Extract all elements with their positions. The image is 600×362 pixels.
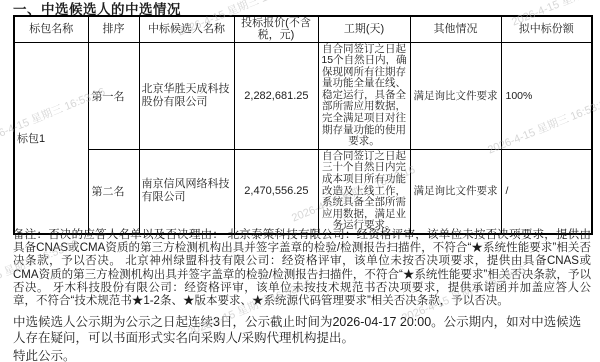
header-other-info: 其他情况 [410,16,501,42]
package-name-cell: 标包1 [14,42,88,234]
table-row: 第二名 南京信风网络科技有限公司 2,470,556.25 自合同签订之日起三十… [14,149,592,234]
company-name-cell: 南京信风网络科技有限公司 [139,149,234,234]
other-info-cell: 满足询比文件要求 [410,149,501,234]
bid-price-cell: 2,282,681.25 [234,42,318,149]
header-package-name: 标包名称 [14,16,88,42]
candidates-table: 标包名称 排序 中标候选人名称 投标报价(不含税，元) 工期(天) 其他情况 拟… [13,15,593,235]
header-award-share: 拟中标份额 [501,16,592,42]
other-info-cell: 满足询比文件要求 [410,42,501,149]
publicity-period-text: 中选候选人公示期为公示之日起连续3日，公示截止时间为2026-04-17 20:… [13,315,591,346]
announcement-document: 一、中选候选人的中选情况 标包名称 排序 中标候选人名称 投标报价(不含税，元)… [0,0,600,362]
header-bid-price: 投标报价(不含税，元) [234,16,318,42]
award-share-cell: 100% [501,42,592,149]
closing-statement: 特此公示。 [13,346,76,362]
table-header-row: 标包名称 排序 中标候选人名称 投标报价(不含税，元) 工期(天) 其他情况 拟… [14,16,592,42]
rejection-notes: 备注：否决的应答人名单以及否决理由： 北京泰策科技有限公司：经资格评审，该单位未… [13,229,591,308]
duration-cell: 自合同签订之日起三十个自然日内完成本项目所有功能改造及上线工作，系统具备全部所需… [318,149,410,234]
table-row: 标包1 第一名 北京华胜天成科技股份有限公司 2,282,681.25 自合同签… [14,42,592,149]
rank-cell: 第一名 [88,42,139,149]
header-candidate-name: 中标候选人名称 [139,16,234,42]
company-name-cell: 北京华胜天成科技股份有限公司 [139,42,234,149]
header-duration: 工期(天) [318,16,410,42]
rank-cell: 第二名 [88,149,139,234]
award-share-cell: / [501,149,592,234]
header-rank: 排序 [88,16,139,42]
bid-price-cell: 2,470,556.25 [234,149,318,234]
duration-cell: 自合同签订之日起15个自然日内，确保现网所有往期存量功能全量在线、稳定运行，具备… [318,42,410,149]
